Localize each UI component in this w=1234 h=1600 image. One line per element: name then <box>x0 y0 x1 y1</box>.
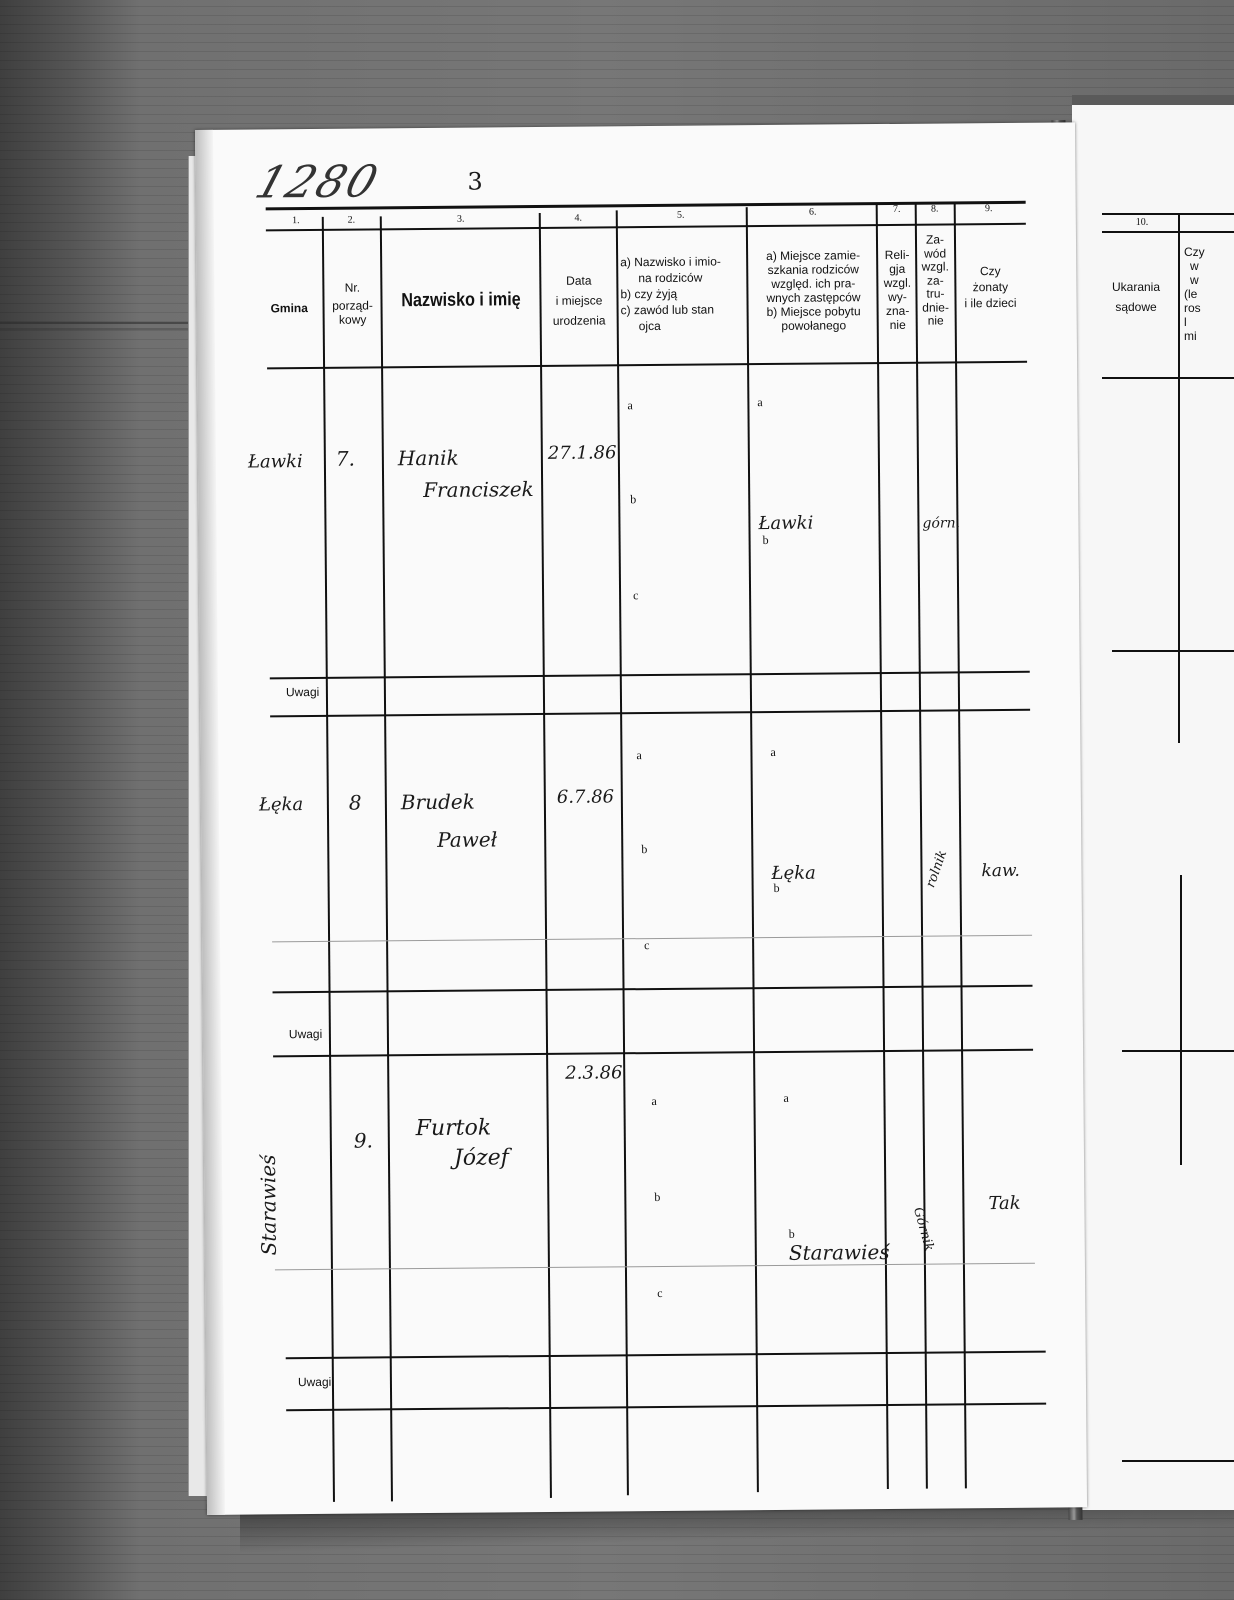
entry-given-name: Paweł <box>437 827 497 852</box>
column-number-8: 8. <box>916 203 954 214</box>
entry-surname: Furtok <box>416 1115 492 1141</box>
column-header-religion: Reli- gja wzgl. wy- zna- nie <box>878 248 917 332</box>
column-header-data: Data i miejsce urodzenia <box>541 270 617 331</box>
column-header-ukarania: Ukarania sądowe <box>1096 277 1176 317</box>
entry-nr: 8 <box>349 791 362 815</box>
entry-married: Tak <box>988 1193 1020 1214</box>
column-number-1: 1. <box>271 215 321 226</box>
entry-gmina: Łęka <box>259 794 304 815</box>
remarks-label: Uwagi <box>298 1375 331 1389</box>
column-header-nr: Nr. porząd- kowy <box>324 280 380 326</box>
entry-given-name: Franciszek <box>423 477 534 502</box>
column-number-3: 3. <box>381 213 541 225</box>
register-suffix: 3 <box>467 167 483 195</box>
entry-gmina: Starawieś <box>256 1155 281 1256</box>
column-number-4: 4. <box>541 212 616 224</box>
column-number-10: 10. <box>1112 217 1172 228</box>
entry-surname: Brudek <box>401 790 475 815</box>
column-number-2: 2. <box>324 214 379 225</box>
column-header-married: Czy żonaty i ile dzieci <box>956 263 1024 312</box>
entry-parents-residence: Starawieś <box>789 1240 890 1265</box>
remarks-label: Uwagi <box>289 1027 322 1041</box>
column-header-parents: a) Nazwisko i imio- na rodziców b) czy ż… <box>620 253 749 334</box>
entry-occupation: Górnik <box>910 1206 936 1253</box>
column-number-7: 7. <box>878 204 916 215</box>
facing-page: 10. Ukarania sądowe Czy w w (le ros l mi <box>1072 95 1234 1510</box>
entry-married: kaw. <box>981 861 1020 881</box>
entry-birth-date: 27.1.86 <box>548 442 617 464</box>
register-number: 1280 <box>249 156 385 208</box>
entry-gmina: Ławki <box>248 451 303 472</box>
entry-nr: 7. <box>336 447 355 471</box>
column-number-5: 5. <box>616 209 746 221</box>
entry-birth-date: 2.3.86 <box>565 1062 622 1083</box>
entry-given-name: Józef <box>454 1145 509 1170</box>
column-number-6: 6. <box>748 206 878 218</box>
entry-parents-residence: Ławki <box>758 513 813 534</box>
entry-surname: Hanik <box>398 446 459 471</box>
entry-occupation: górn. <box>922 515 960 531</box>
column-header-nazwisko: Nazwisko i imię <box>394 289 528 312</box>
register-page: 1280 3 1. 2. 3. 4. 5. 6. 7. 8. 9. Gmina … <box>195 122 1087 1515</box>
column-header-gmina: Gmina <box>270 301 307 315</box>
column-header-fragment: Czy w w (le ros l mi <box>1184 245 1205 343</box>
column-header-occupation: Za- wód wzgl. za- tru- dnie- nie <box>916 233 955 328</box>
entry-occupation: rolnik <box>923 848 950 889</box>
entry-birth-date: 6.7.86 <box>557 786 614 807</box>
column-header-residence: a) Miejsce zamie- szkania rodziców wzglę… <box>750 248 877 333</box>
entry-nr: 9. <box>354 1128 373 1152</box>
column-number-9: 9. <box>954 203 1024 215</box>
remarks-label: Uwagi <box>286 685 319 699</box>
